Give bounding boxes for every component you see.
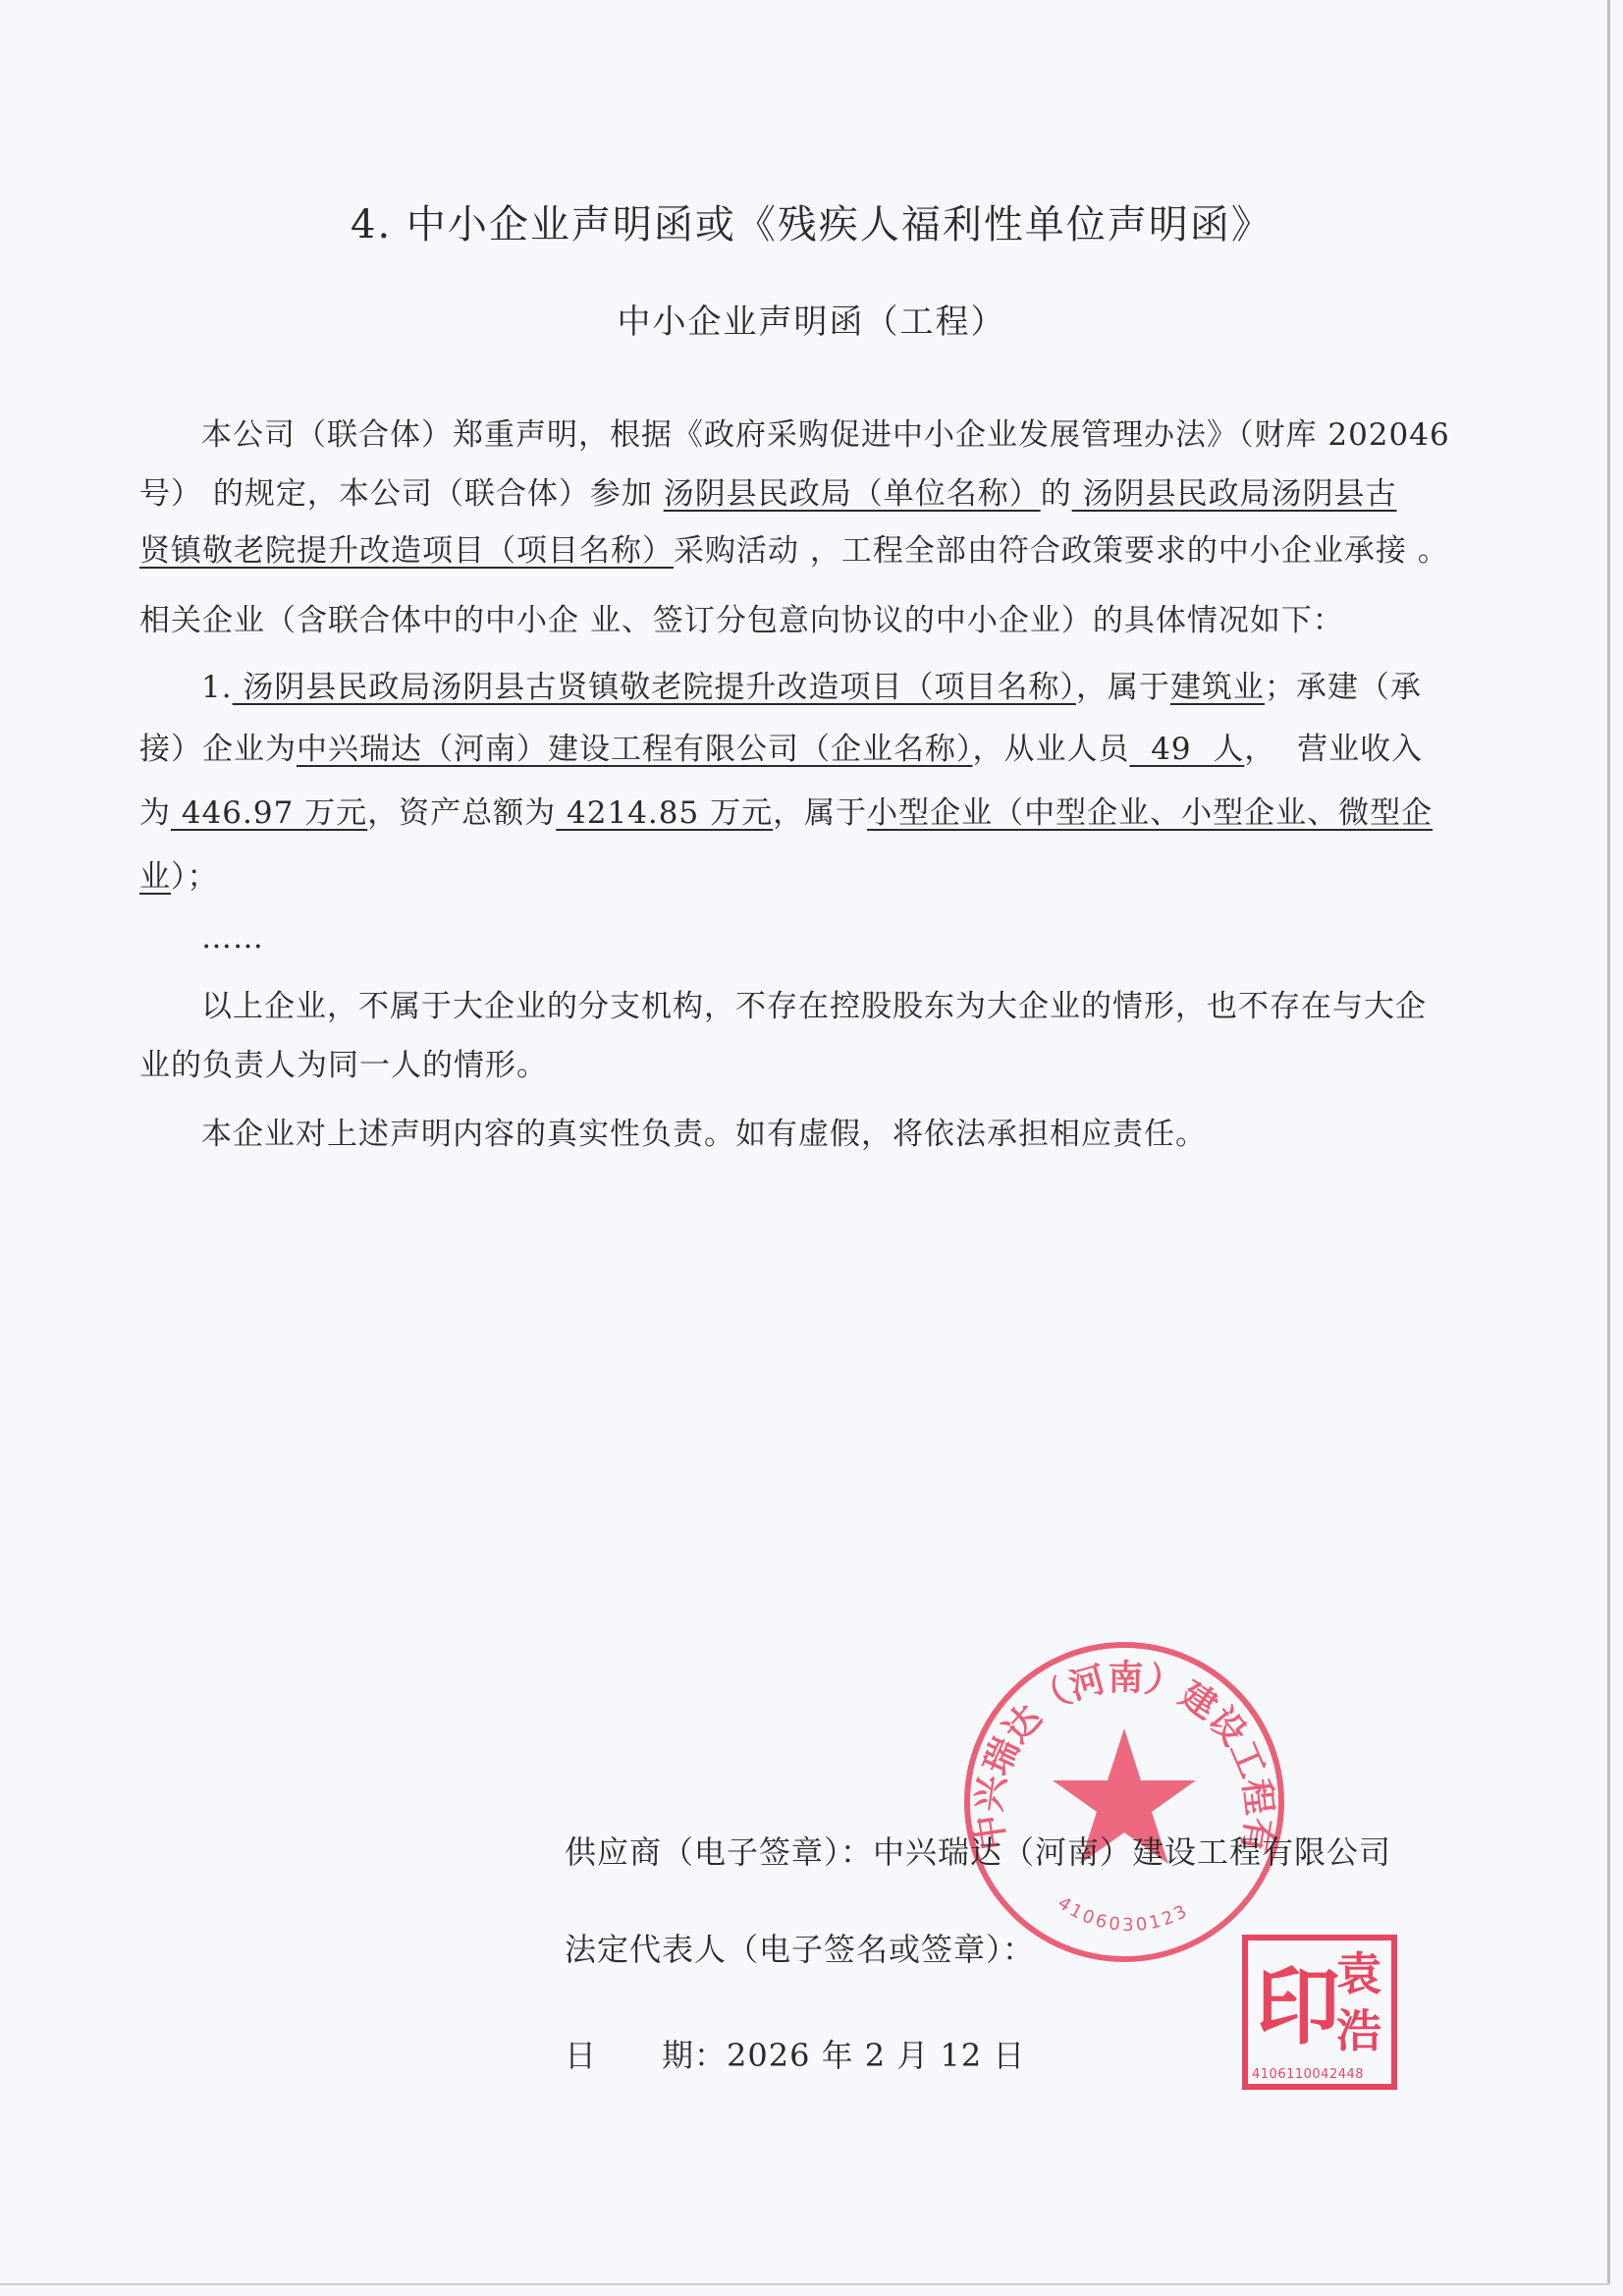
revenue: 446.97 万元 — [171, 795, 367, 831]
seal-char-yin: 印 — [1256, 1958, 1340, 2056]
document-subtitle: 中小企业声明函（工程） — [0, 295, 1623, 343]
para1-text: 本公司（联合体）郑重声明，根据《政府采购促进中小企业发展管理办法》（财库 202… — [201, 417, 1450, 453]
para1-text: 相关企业（含联合体中的中小企 业、签订分包意向协议的中小企业）的具体情况如下： — [139, 603, 1344, 638]
para1-text: 采购活动 ，工程全部由符合政策要求的中小企业承接 。 — [674, 533, 1449, 569]
date-line: 日 期：2026 年 2 月 12 日 — [565, 2036, 1025, 2075]
supplier-line: 供应商（电子签章）：中兴瑞达（河南）建设工程有限公司 — [565, 1832, 1391, 1872]
seal-code: 4106110042448 — [1252, 2067, 1364, 2082]
enterprise-size: 小型企业（中型企业、小型企业、微型企 — [867, 795, 1433, 831]
enterprise-name: 中兴瑞达（河南）建设工程有限公司（企业名称） — [297, 732, 973, 767]
document-title: 4. 中小企业声明函或《残疾人福利性单位声明函》 — [0, 193, 1623, 249]
para3: 本企业对上述声明内容的真实性负责。如有虚假，将依法承担相应责任。 — [201, 1115, 1207, 1154]
para1-text: 的 — [1041, 476, 1072, 512]
item1-line2: 接）企业为中兴瑞达（河南）建设工程有限公司（企业名称），从业人员 49 人， 营… — [139, 730, 1423, 769]
item1-line1: 1. 汤阴县民政局汤阴县古贤镇敬老院提升改造项目（项目名称），属于建筑业；承建（… — [201, 668, 1422, 707]
total-assets: 4214.85 万元 — [556, 795, 773, 831]
seal-char-yuan: 袁 — [1336, 1948, 1381, 1999]
supplier-label: 供应商（电子签章）： — [565, 1833, 873, 1871]
para1-line3: 贤镇敬老院提升改造项目（项目名称）采购活动 ，工程全部由符合政策要求的中小企业承… — [139, 531, 1449, 571]
date-value: 2026 年 2 月 12 日 — [727, 2037, 1025, 2074]
item-text: ；承建（承 — [1265, 670, 1422, 705]
item1-line3: 为 446.97 万元，资产总额为 4214.85 万元，属于小型企业（中型企业… — [139, 793, 1433, 833]
purchaser-name: 汤阴县民政局（单位名称） — [664, 476, 1041, 512]
item-text: ，从业人员 — [973, 732, 1130, 767]
company-seal: 中兴瑞达（河南）建设工程有限公司 4106030123 — [957, 1635, 1291, 1969]
item-project-name: 汤阴县民政局汤阴县古贤镇敬老院提升改造项目（项目名称） — [233, 670, 1076, 705]
para1-line4: 相关企业（含联合体中的中小企 业、签订分包意向协议的中小企业）的具体情况如下： — [139, 601, 1344, 640]
para1-line1: 本公司（联合体）郑重声明，根据《政府采购促进中小企业发展管理办法》（财库 202… — [201, 415, 1450, 455]
industry: 建筑业 — [1170, 670, 1265, 705]
legal-rep-line: 法定代表人（电子签名或签章）： — [565, 1930, 1035, 1969]
item-text: 接）企业为 — [139, 732, 297, 767]
item-text: ，属于 — [1076, 670, 1170, 705]
para2-line1: 以上企业，不属于大企业的分支机构，不存在控股股东为大企业的情形，也不存在与大企 — [201, 987, 1427, 1026]
item-number: 1. — [201, 670, 233, 705]
svg-text:4106030123: 4106030123 — [1054, 1892, 1192, 1936]
scan-edge-horizontal — [0, 2283, 1610, 2285]
item-text: ）； — [171, 859, 219, 895]
enterprise-size-end: 业 — [139, 859, 171, 895]
project-name-part2: 贤镇敬老院提升改造项目（项目名称） — [139, 533, 674, 569]
personal-seal: 印 袁 浩 4106110042448 — [1242, 1935, 1397, 2090]
date-label: 日 期： — [565, 2037, 727, 2074]
item-text: 为 — [139, 795, 171, 831]
legal-rep-label: 法定代表人（电子签名或签章）： — [565, 1931, 1035, 1968]
seal-char-hao: 浩 — [1336, 2005, 1381, 2056]
item1-line4: 业）； — [139, 857, 219, 897]
employee-count: 49 人 — [1130, 732, 1245, 767]
ellipsis: …… — [201, 918, 264, 957]
para2-line2: 业的负责人为同一人的情形。 — [139, 1046, 548, 1085]
para1-text: 号） 的规定，本公司（联合体）参加 — [139, 476, 664, 512]
para1-line2: 号） 的规定，本公司（联合体）参加 汤阴县民政局（单位名称）的 汤阴县民政局汤阴… — [139, 474, 1397, 514]
item-text: ，属于 — [773, 795, 867, 831]
item-text: ，资产总额为 — [367, 795, 556, 831]
supplier-name: 中兴瑞达（河南）建设工程有限公司 — [873, 1833, 1391, 1871]
project-name-part1: 汤阴县民政局汤阴县古 — [1072, 476, 1397, 512]
item-text: ， 营业收入 — [1244, 732, 1423, 767]
